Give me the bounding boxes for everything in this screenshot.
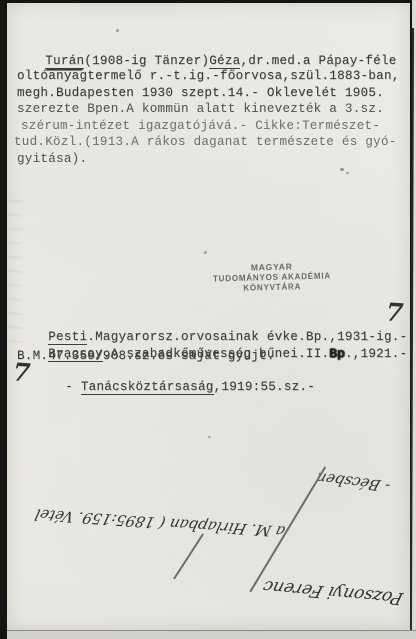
source-bracsay-blotted-text: Bp: [329, 347, 345, 361]
entry-head-rest: ,dr.med.a Pápay-féle: [240, 54, 396, 68]
entry-body-line: oltóanyagtermelő r.-t.ig.-főorvosa,szül.…: [17, 69, 400, 83]
source-tanacs-lead: Tanácsköztársaság: [81, 380, 214, 395]
source-tanacs-dash: -: [65, 380, 81, 394]
entry-paren: (1908-ig Tänzer): [84, 54, 209, 68]
entry-body-line: szérum-intézet igazgatójává.- Cikke:Term…: [21, 119, 380, 133]
scan-bottom-strip: [7, 630, 416, 639]
entry-first-name: Géza: [209, 54, 240, 69]
ink-speck: [346, 172, 349, 174]
ink-speck: [340, 168, 344, 171]
entry-body-line: tud.Közl.(1913.A rákos daganat természet…: [14, 135, 397, 149]
library-stamp: MAGYAR TUDOMÁNYOS AKADÉMIA KÖNYVTÁRA: [198, 260, 347, 295]
scanned-catalog-card: Turán(1908-ig Tänzer)Géza,dr.med.a Pápay…: [0, 0, 416, 639]
handwritten-note-becsben-text: - Bécsben: [314, 469, 393, 495]
source-bracsay-tail: .,1921.-: [345, 347, 407, 361]
handwritten-seven-annotation: 7: [385, 299, 404, 325]
entry-body-line: szerezte Bpen.A kommün alatt kinevezték …: [17, 102, 384, 116]
source-tanacs-tail: ,1919:55.sz.-: [214, 380, 316, 394]
entry-headword: Turán: [45, 54, 84, 69]
handwritten-seven-annotation: 7: [12, 359, 31, 385]
source-line-bm: B.M.47.359/908.sz.és saját gyüjt.: [17, 349, 275, 363]
handwritten-signature-text: Pozsonyi Ferenc: [261, 576, 406, 608]
ink-speck: [204, 251, 207, 254]
ink-speck: [116, 29, 119, 32]
entry-body-line: gyitása).: [17, 152, 87, 166]
entry-body-line: megh.Budapesten 1930 szept.14.- Oklevelé…: [17, 86, 384, 100]
source-line-tanacs: - Tanácsköztársaság,1919:55.sz.-: [34, 366, 315, 409]
ink-speck: [208, 436, 211, 438]
